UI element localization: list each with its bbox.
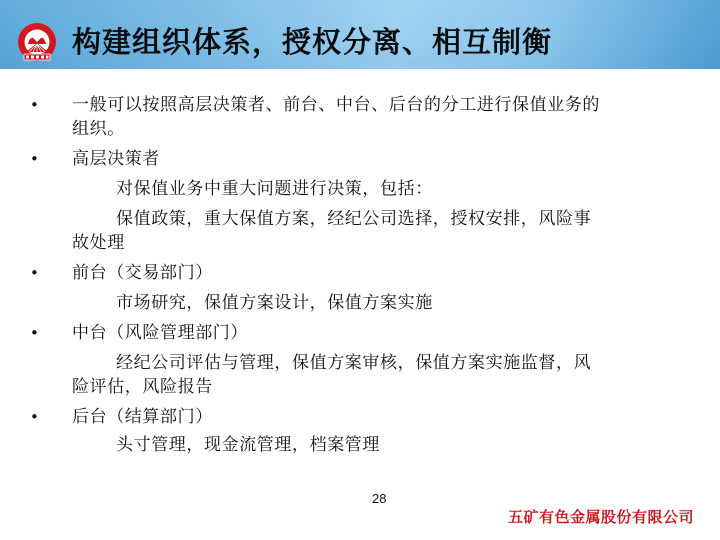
sub-text: 头寸管理，现金流管理，档案管理 (116, 434, 380, 456)
slide-title: 构建组织体系，授权分离、相互制衡 (72, 24, 552, 60)
bullet-icon: • (30, 322, 39, 344)
sub-text: 经纪公司评估与管理，保值方案审核，保值方案实施监督，风 (116, 352, 591, 374)
bullet-heading: 前台（交易部门） (72, 262, 213, 284)
company-logo-icon (16, 22, 58, 64)
bullet-icon: • (30, 262, 39, 284)
bullet-heading: 中台（风险管理部门） (72, 322, 248, 344)
title-banner: 构建组织体系，授权分离、相互制衡 (0, 0, 720, 69)
sub-text-continuation: 故处理 (72, 232, 125, 254)
bullet-text: 一般可以按照高层决策者、前台、中台、后台的分工进行保值业务的 (72, 94, 600, 116)
bullet-icon: • (30, 406, 39, 428)
sub-text-continuation: 险评估，风险报告 (72, 376, 213, 398)
sub-text: 对保值业务中重大问题进行决策，包括： (116, 178, 433, 200)
bullet-heading: 后台（结算部门） (72, 406, 213, 428)
company-name: 五矿有色金属股份有限公司 (508, 506, 694, 527)
sub-text: 保值政策，重大保值方案，经纪公司选择，授权安排，风险事 (116, 208, 591, 230)
bullet-heading: 高层决策者 (72, 148, 160, 170)
sub-text: 市场研究，保值方案设计，保值方案实施 (116, 292, 433, 314)
page-number: 28 (372, 491, 386, 506)
slide: 构建组织体系，授权分离、相互制衡 • 一般可以按照高层决策者、前台、中台、后台的… (0, 0, 720, 540)
bullet-text-continuation: 组织。 (72, 118, 125, 140)
bullet-icon: • (30, 148, 39, 170)
bullet-icon: • (30, 94, 39, 116)
